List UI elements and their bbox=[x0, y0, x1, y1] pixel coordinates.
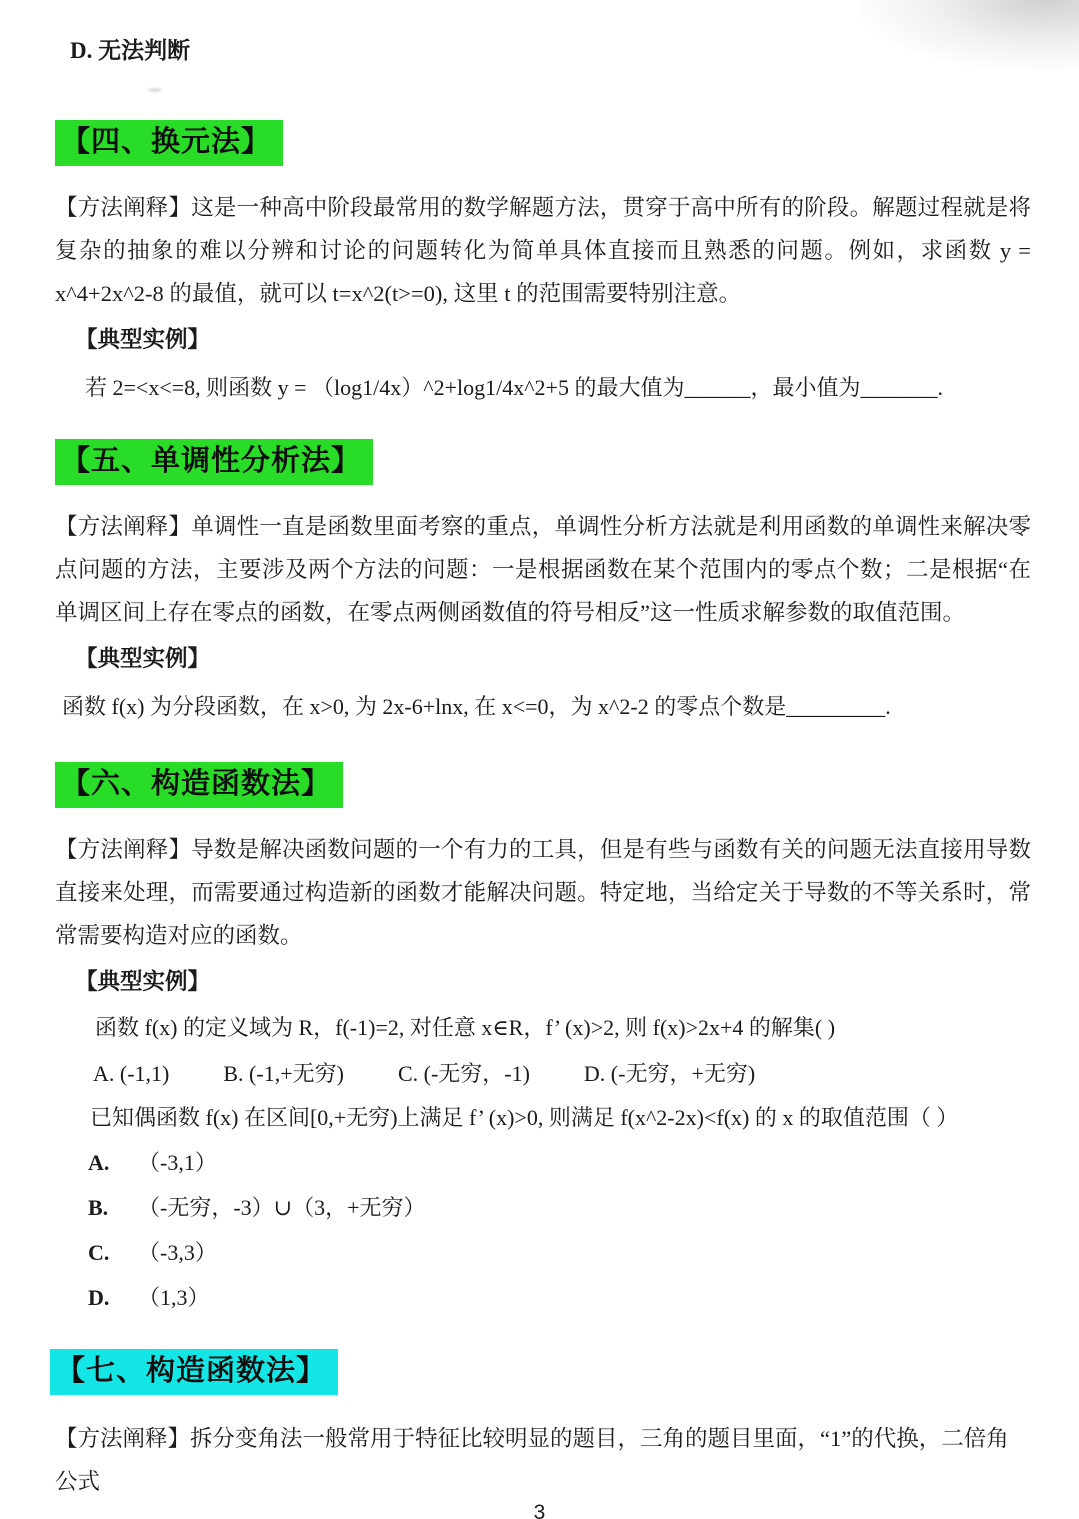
q2-option-c-letter: C. bbox=[88, 1238, 138, 1268]
section-six-method-text: 【方法阐释】导数是解决函数问题的一个有力的工具，但是有些与函数有关的问题无法直接… bbox=[55, 828, 1031, 957]
document-page: D. 无法判断 【四、换元法】 【方法阐释】这是一种高中阶段最常用的数学解题方法… bbox=[0, 0, 1079, 1519]
q2-option-d-letter: D. bbox=[88, 1283, 138, 1313]
section-six-question-1-options: A. (-1,1) B. (-1,+无穷) C. (-无穷，-1) D. (-无… bbox=[93, 1059, 1039, 1089]
section-six-example-label: 【典型实例】 bbox=[75, 967, 1079, 997]
section-four-example-label: 【典型实例】 bbox=[75, 325, 1079, 355]
q2-option-b-text: （-无穷，-3）∪（3，+无穷） bbox=[138, 1193, 426, 1223]
q1-option-d: D. (-无穷，+无穷) bbox=[584, 1059, 755, 1089]
section-six-header: 【六、构造函数法】 bbox=[55, 762, 1079, 808]
section-four-title: 【四、换元法】 bbox=[55, 120, 283, 166]
scan-smudge bbox=[148, 88, 162, 92]
answer-option-d: D. 无法判断 bbox=[70, 36, 1079, 66]
section-six-question-2: 已知偶函数 f(x) 在区间[0,+无穷)上满足 f’ (x)>0, 则满足 f… bbox=[90, 1103, 1039, 1133]
section-five-title: 【五、单调性分析法】 bbox=[55, 439, 373, 485]
q2-option-c: C. （-3,3） bbox=[88, 1238, 1039, 1268]
q2-option-a: A. （-3,1） bbox=[88, 1148, 1039, 1178]
section-five-example-label: 【典型实例】 bbox=[75, 644, 1079, 674]
section-five-example: 函数 f(x) 为分段函数，在 x>0, 为 2x-6+lnx, 在 x<=0，… bbox=[62, 692, 1039, 722]
section-four-header: 【四、换元法】 bbox=[55, 120, 1079, 166]
section-six-question-1: 函数 f(x) 的定义域为 R，f(-1)=2, 对任意 x∈R，f’ (x)>… bbox=[95, 1013, 1039, 1043]
page-number: 3 bbox=[0, 1499, 1079, 1519]
q2-option-d-text: （1,3） bbox=[138, 1283, 210, 1313]
section-six-title: 【六、构造函数法】 bbox=[55, 762, 343, 808]
q2-option-d: D. （1,3） bbox=[88, 1283, 1039, 1313]
q2-option-a-letter: A. bbox=[88, 1148, 138, 1178]
q2-option-b-letter: B. bbox=[88, 1193, 138, 1223]
section-seven-method-text: 【方法阐释】拆分变角法一般常用于特征比较明显的题目，三角的题目里面，“1”的代换… bbox=[55, 1417, 1031, 1503]
section-five-header: 【五、单调性分析法】 bbox=[55, 439, 1079, 485]
section-seven-title: 【七、构造函数法】 bbox=[50, 1349, 338, 1395]
q2-option-c-text: （-3,3） bbox=[138, 1238, 217, 1268]
section-four-example: 若 2=<x<=8, 则函数 y = （log1/4x）^2+log1/4x^2… bbox=[85, 373, 1039, 403]
section-four-method-text: 【方法阐释】这是一种高中阶段最常用的数学解题方法，贯穿于高中所有的阶段。解题过程… bbox=[55, 186, 1031, 315]
section-seven-header: 【七、构造函数法】 bbox=[50, 1349, 1079, 1395]
q1-option-b: B. (-1,+无穷) bbox=[223, 1059, 344, 1089]
q2-option-b: B. （-无穷，-3）∪（3，+无穷） bbox=[88, 1193, 1039, 1223]
q1-option-a: A. (-1,1) bbox=[93, 1059, 169, 1089]
section-five-method-text: 【方法阐释】单调性一直是函数里面考察的重点，单调性分析方法就是利用函数的单调性来… bbox=[55, 505, 1031, 634]
q2-option-a-text: （-3,1） bbox=[138, 1148, 217, 1178]
q1-option-c: C. (-无穷，-1) bbox=[398, 1059, 530, 1089]
